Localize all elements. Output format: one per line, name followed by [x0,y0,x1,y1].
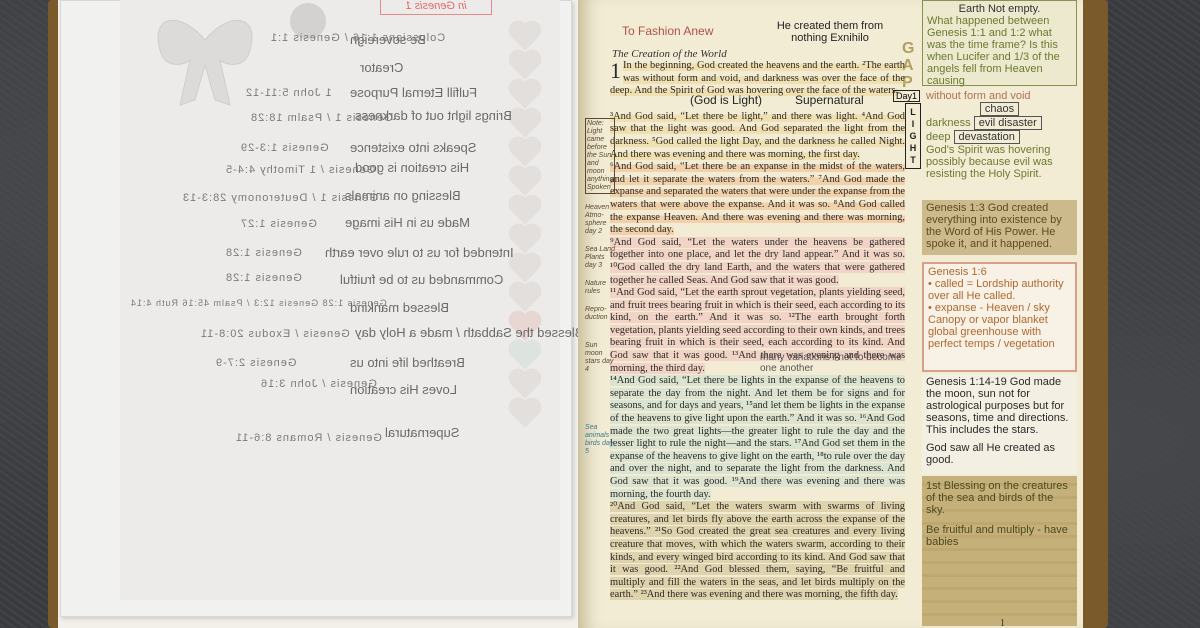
mirrored-note: Made us in His image [345,215,470,230]
scripture-text: 1In the beginning, God created the heave… [610,60,905,602]
heart-icon [511,400,538,427]
margin-notes-column: Earth Not empty. What happened between G… [922,0,1082,628]
pink-tag-label: in Genesis 1 [380,0,492,15]
fashion-note: To Fashion Anew [622,24,713,38]
mirrored-ref: Genesis 1:28 [225,272,302,284]
gutter-note: Note: Light came before the Sun and moon… [585,118,615,194]
mirrored-note: Blessed the Sabbath / made a Holy day [355,325,583,340]
gutter-note: Heaven Atmo-sphere day 2 [585,204,615,236]
heart-icon [511,255,538,282]
variations-note: many variations / not to become one anot… [760,352,920,374]
verse-9-10: ⁹And God said, “Let the waters under the… [610,237,905,286]
god-is-light-note: (God is Light) [690,93,762,107]
verse-3-5: ³And God said, “Let there be light,” and… [610,111,905,160]
mirrored-ref: Genesis / Romans 8:6-11 [235,432,382,444]
mirrored-note: Creator [360,60,403,75]
verse-6-8: ⁶And God said, “Let there be an expanse … [610,161,905,235]
heart-icon [511,197,538,224]
ex-nihilo-note: He created them from nothing Exnihilo [760,20,900,44]
mirrored-ref: Genesis / Exodus 20:8-11 [200,328,350,340]
chapter-number: 1 [610,60,621,82]
margin-note-blessing: 1st Blessing on the creatures of the sea… [922,476,1077,626]
light-box: L I G H T [905,103,921,169]
supernatural-note: Supernatural [795,93,864,107]
mirrored-ref: Genesis 1:27 [240,218,317,230]
note-body: What happened between Genesis 1:1 and 1:… [927,15,1072,87]
mirrored-ref: Genesis 1 / Deuteronomy 28:3-13 [182,192,378,204]
heart-icon [511,371,538,398]
bow-sticker-icon [150,10,260,110]
mirrored-ref: Genesis 1:28 Genesis 12:3 / Psalm 45:16 … [130,298,387,308]
margin-note-chaos: without form and void chaos darkness evi… [922,88,1077,208]
gutter-notes: Note: Light came before the Sun and moon… [585,118,615,466]
margin-note-gap-theory: Earth Not empty. What happened between G… [922,0,1077,86]
gutter-note: Nature rules [585,280,615,296]
margin-note-genesis-1-3: Genesis 1:3 God created everything into … [922,200,1077,255]
mirrored-note: Supernatural [385,425,459,440]
heart-icon [511,226,538,253]
heart-icon [511,81,538,108]
gutter-note: Repro- duction [585,306,615,322]
heart-icon [511,110,538,137]
note-header: Earth Not empty. [927,3,1072,15]
mirrored-ref: Genesis 2:7-9 [215,357,296,369]
gutter-note: Sea animals birds day 5 [585,424,615,456]
verse-1-2: In the beginning, God created the heaven… [610,60,905,96]
section-heading: The Creation of the World [612,48,727,60]
heart-icon [511,284,538,311]
heart-icon [511,342,538,369]
heart-icon [511,52,538,79]
margin-note-genesis-1-14: Genesis 1:14-19 God made the moon, sun n… [922,374,1077,474]
heart-icon [511,23,538,50]
mirrored-ref: Genesis 1:28 [225,247,302,259]
day1-box: Day1 [893,90,920,102]
mirrored-note: Intended for us to rule over earth [325,245,514,260]
mirrored-ref: Genesis 1 / Psalm 18:28 [250,112,393,124]
mirrored-ref: Genesis / 1 Timothy 4:4-5 [225,164,375,176]
heart-icon [511,139,538,166]
gutter-note: Sun moon stars day 4 [585,342,615,374]
margin-note-genesis-1-6: Genesis 1:6 • called = Lordship authorit… [922,262,1077,372]
mirrored-ref: Genesis 1:3-29 [240,142,329,154]
mirrored-ref: Colossians 1:16 / Genesis 1:1 [270,32,445,44]
mirrored-ref: Genesis / John 3:16 [260,378,377,390]
mirrored-note: Fulfill Eternal Purpose [350,85,477,100]
mirrored-note: Commanded us to be fruitful [340,272,503,287]
mirrored-note: Breathed life into us [350,355,465,370]
heart-icon [511,168,538,195]
page-number: 1 [1000,618,1005,628]
gutter-note: Sea Land Plants day 3 [585,246,615,270]
verse-14-19: ¹⁴And God said, “Let there be lights in … [610,375,905,499]
verse-20-23: ²⁰And God said, “Let the waters swarm wi… [610,501,905,600]
heart-tabs [510,25,540,431]
mirrored-ref: 1 John 5:11-12 [245,87,332,99]
mirrored-note: Speaks into existence [350,140,476,155]
